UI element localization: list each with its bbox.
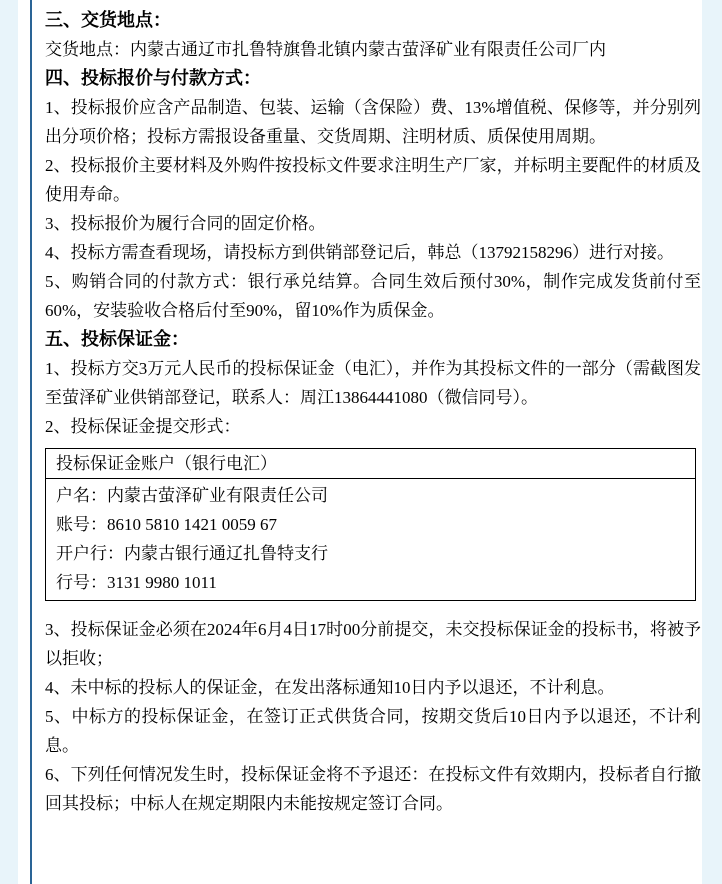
para-quotation-4: 4、投标方需查看现场，请投标方到供销部登记后，韩总（13792158296）进行…	[45, 238, 701, 267]
para-quotation-2: 2、投标报价主要材料及外购件按投标文件要求注明生产厂家，并标明主要配件的材质及使…	[45, 151, 701, 209]
para-quotation-3: 3、投标报价为履行合同的固定价格。	[45, 209, 701, 238]
right-margin-strip	[702, 0, 722, 884]
para-quotation-5: 5、购销合同的付款方式：银行承兑结算。合同生效后预付30%，制作完成发货前付至6…	[45, 267, 701, 325]
bank-row-account-number: 账号：8610 5810 1421 0059 67	[56, 510, 685, 539]
bank-account-table: 投标保证金账户（银行电汇） 户名：内蒙古萤泽矿业有限责任公司 账号：8610 5…	[45, 448, 696, 601]
heading-delivery-location: 三、交货地点：	[45, 6, 701, 35]
bank-row-account-name: 户名：内蒙古萤泽矿业有限责任公司	[56, 481, 685, 510]
heading-bid-deposit: 五、投标保证金：	[45, 325, 701, 354]
bank-row-bank-code: 行号：3131 9980 1011	[56, 568, 685, 597]
document-content: 三、交货地点： 交货地点：内蒙古通辽市扎鲁特旗鲁北镇内蒙古萤泽矿业有限责任公司厂…	[45, 6, 701, 818]
para-deposit-6: 6、下列任何情况发生时，投标保证金将不予退还：在投标文件有效期内，投标者自行撤回…	[45, 760, 701, 818]
para-deposit-2: 2、投标保证金提交形式：	[45, 412, 701, 441]
para-delivery-location: 交货地点：内蒙古通辽市扎鲁特旗鲁北镇内蒙古萤泽矿业有限责任公司厂内	[45, 35, 701, 64]
para-deposit-1: 1、投标方交3万元人民币的投标保证金（电汇），并作为其投标文件的一部分（需截图发…	[45, 354, 701, 412]
para-deposit-4: 4、未中标的投标人的保证金，在发出落标通知10日内予以退还，不计利息。	[45, 673, 701, 702]
left-margin-strip	[0, 0, 18, 884]
para-deposit-5: 5、中标方的投标保证金，在签订正式供货合同，按期交货后10日内予以退还，不计利息…	[45, 702, 701, 760]
para-quotation-1: 1、投标报价应含产品制造、包装、运输（含保险）费、13%增值税、保修等，并分别列…	[45, 93, 701, 151]
bank-table-body-cell: 户名：内蒙古萤泽矿业有限责任公司 账号：8610 5810 1421 0059 …	[46, 479, 695, 600]
heading-quotation-payment: 四、投标报价与付款方式：	[45, 64, 701, 93]
bank-table-header-cell: 投标保证金账户（银行电汇）	[46, 449, 695, 479]
vertical-accent-line	[30, 0, 32, 884]
bank-row-bank-branch: 开户行：内蒙古银行通辽扎鲁特支行	[56, 539, 685, 568]
para-deposit-3: 3、投标保证金必须在2024年6月4日17时00分前提交，未交投标保证金的投标书…	[45, 615, 701, 673]
